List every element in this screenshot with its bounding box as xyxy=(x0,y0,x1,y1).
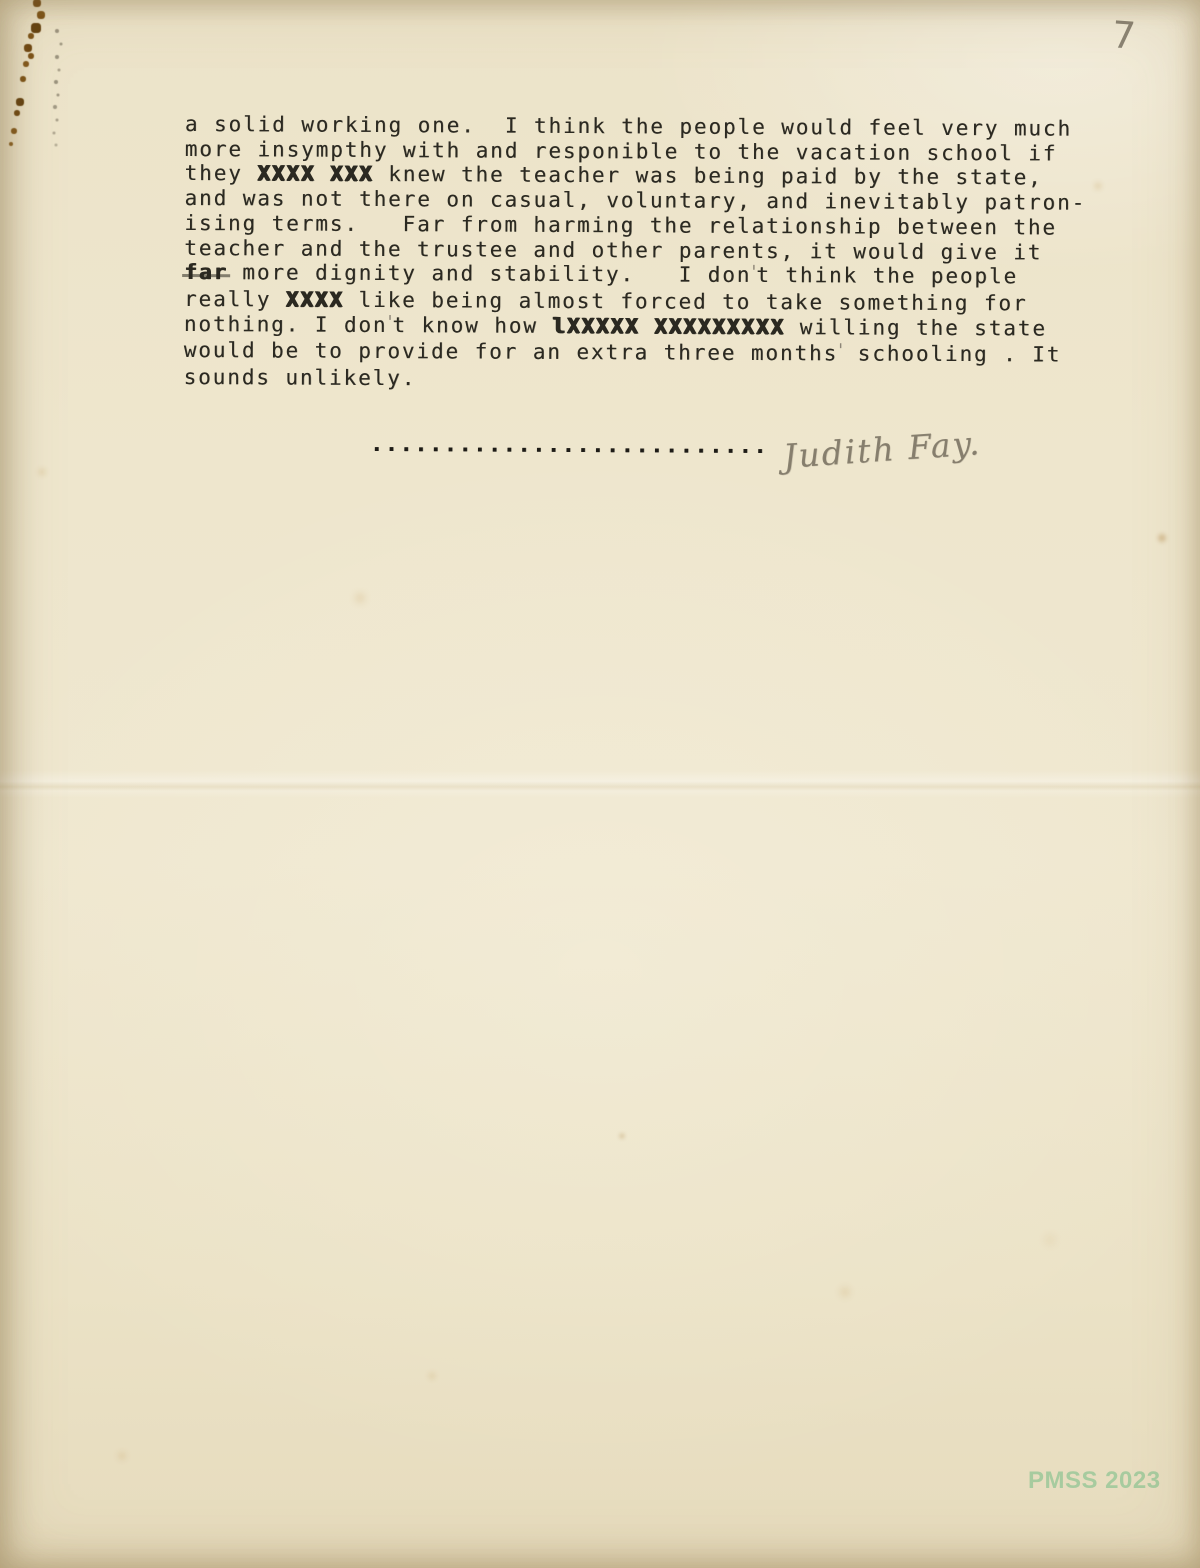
page-number: 7 xyxy=(1111,13,1137,58)
overstruck-text: far xyxy=(184,260,228,284)
typed-text: t think the people xyxy=(756,263,1018,288)
typed-text: ising terms. Far from harming the relati… xyxy=(184,211,1057,240)
pencil-apostrophe: ' xyxy=(387,312,392,333)
typed-text: would be to provide for an extra three m… xyxy=(184,338,839,365)
typed-text: nothing. I don xyxy=(184,312,388,337)
typed-text: willing the state xyxy=(785,315,1047,340)
pencil-apostrophe: ' xyxy=(751,262,756,283)
typed-text: knew the teacher was being paid by the s… xyxy=(374,162,1043,190)
typed-line: sounds unlikely. xyxy=(184,365,1104,395)
typed-text: schooling . It xyxy=(843,342,1061,367)
typed-text: teacher and the trustee and other parent… xyxy=(184,236,1042,264)
typed-text: more dignity and stability. I don xyxy=(228,260,752,287)
scanned-letter-page: 7 a solid working one. I think the peopl… xyxy=(0,0,1200,1568)
pencil-apostrophe: ' xyxy=(838,341,843,362)
typed-text: and was not there on casual, voluntary, … xyxy=(184,186,1086,215)
typed-text: more insympthy with and responible to th… xyxy=(185,137,1058,166)
watermark: PMSS 2023 xyxy=(1028,1467,1161,1495)
typed-paragraph: a solid working one. I think the people … xyxy=(184,112,1105,395)
typed-text: a solid working one. I think the people … xyxy=(185,112,1072,141)
typed-text: like being almost forced to take somethi… xyxy=(344,288,1028,316)
typed-text: really xyxy=(184,287,286,312)
paper-fold-crease xyxy=(0,770,1200,798)
overstruck-text: XXXX XXX xyxy=(257,162,373,187)
overstruck-text: lXXXXX XXXXXXXXX xyxy=(552,314,785,339)
typed-text: sounds unlikely. xyxy=(184,365,417,390)
dots-separator: ........................... xyxy=(370,432,768,459)
foxing-age-spots xyxy=(0,0,4,4)
signature: Judith Fay. xyxy=(782,423,982,476)
typed-text: t know how xyxy=(392,313,552,338)
typed-text: they xyxy=(185,161,258,185)
overstruck-text: XXXX xyxy=(286,287,344,311)
